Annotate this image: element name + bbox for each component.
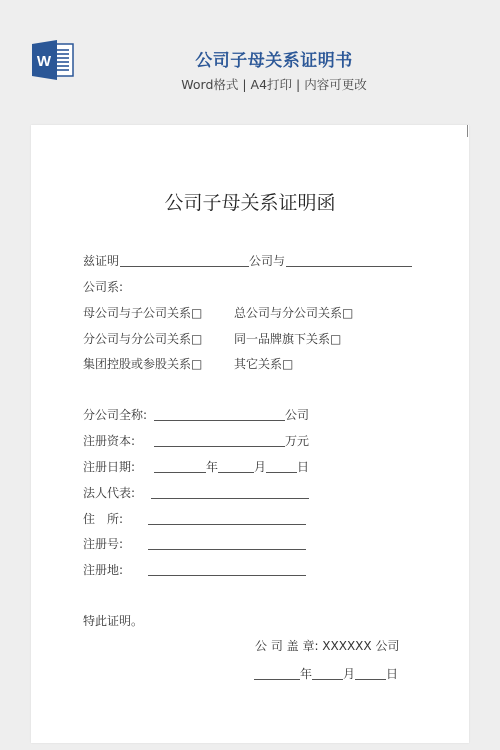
document-page: 公司子母关系证明函 兹证明 公司与 公司系: 母公司与子公司关系□ 总公司与分公… (31, 125, 469, 743)
relation-option[interactable]: 其它关系□ (234, 357, 293, 371)
reg-year-blank[interactable] (154, 472, 206, 473)
day-label: 日 (297, 460, 309, 474)
relation-option[interactable]: 母公司与子公司关系□ (83, 306, 202, 320)
month-label: 月 (254, 460, 266, 474)
reg-no-blank[interactable] (148, 549, 306, 550)
header-title: 公司子母关系证明书 (0, 46, 500, 71)
branch-name-blank[interactable] (154, 420, 285, 421)
branch-name-label: 分公司全称: (83, 408, 147, 422)
sign-day-blank[interactable] (355, 679, 386, 680)
closing-text: 特此证明。 (83, 614, 143, 628)
header-subtitle: Word格式 | A4打印 | 内容可更改 (0, 75, 500, 93)
intro-middle: 公司与 (249, 254, 285, 268)
relation-option[interactable]: 集团控股或参股关系□ (83, 357, 202, 371)
reg-place-blank[interactable] (148, 575, 306, 576)
address-blank[interactable] (148, 524, 306, 525)
sign-year-blank[interactable] (254, 679, 300, 680)
address-label: 住 所: (83, 512, 123, 526)
sign-month-blank[interactable] (312, 679, 343, 680)
company-b-blank[interactable] (286, 266, 412, 267)
reg-no-label: 注册号: (83, 537, 123, 551)
year-label: 年 (206, 460, 218, 474)
capital-suffix: 万元 (285, 434, 309, 448)
reg-place-label: 注册地: (83, 563, 123, 577)
capital-label: 注册资本: (83, 434, 135, 448)
relation-option[interactable]: 总公司与分公司关系□ (234, 306, 353, 320)
sign-day-label: 日 (386, 667, 398, 681)
reg-day-blank[interactable] (266, 472, 297, 473)
page-corner-mark (467, 125, 468, 137)
document-title: 公司子母关系证明函 (31, 188, 469, 215)
reg-date-label: 注册日期: (83, 460, 135, 474)
intro-suffix: 公司系: (83, 280, 123, 294)
company-seal: 公 司 盖 章: XXXXXX 公司 (255, 639, 399, 653)
company-a-blank[interactable] (120, 266, 249, 267)
legal-rep-blank[interactable] (151, 498, 309, 499)
legal-rep-label: 法人代表: (83, 486, 135, 500)
sign-year-label: 年 (300, 667, 312, 681)
reg-month-blank[interactable] (218, 472, 254, 473)
branch-name-suffix: 公司 (285, 408, 309, 422)
intro-prefix: 兹证明 (83, 254, 119, 268)
relation-option[interactable]: 同一品牌旗下关系□ (234, 332, 341, 346)
sign-month-label: 月 (343, 667, 355, 681)
relation-option[interactable]: 分公司与分公司关系□ (83, 332, 202, 346)
capital-blank[interactable] (154, 446, 285, 447)
